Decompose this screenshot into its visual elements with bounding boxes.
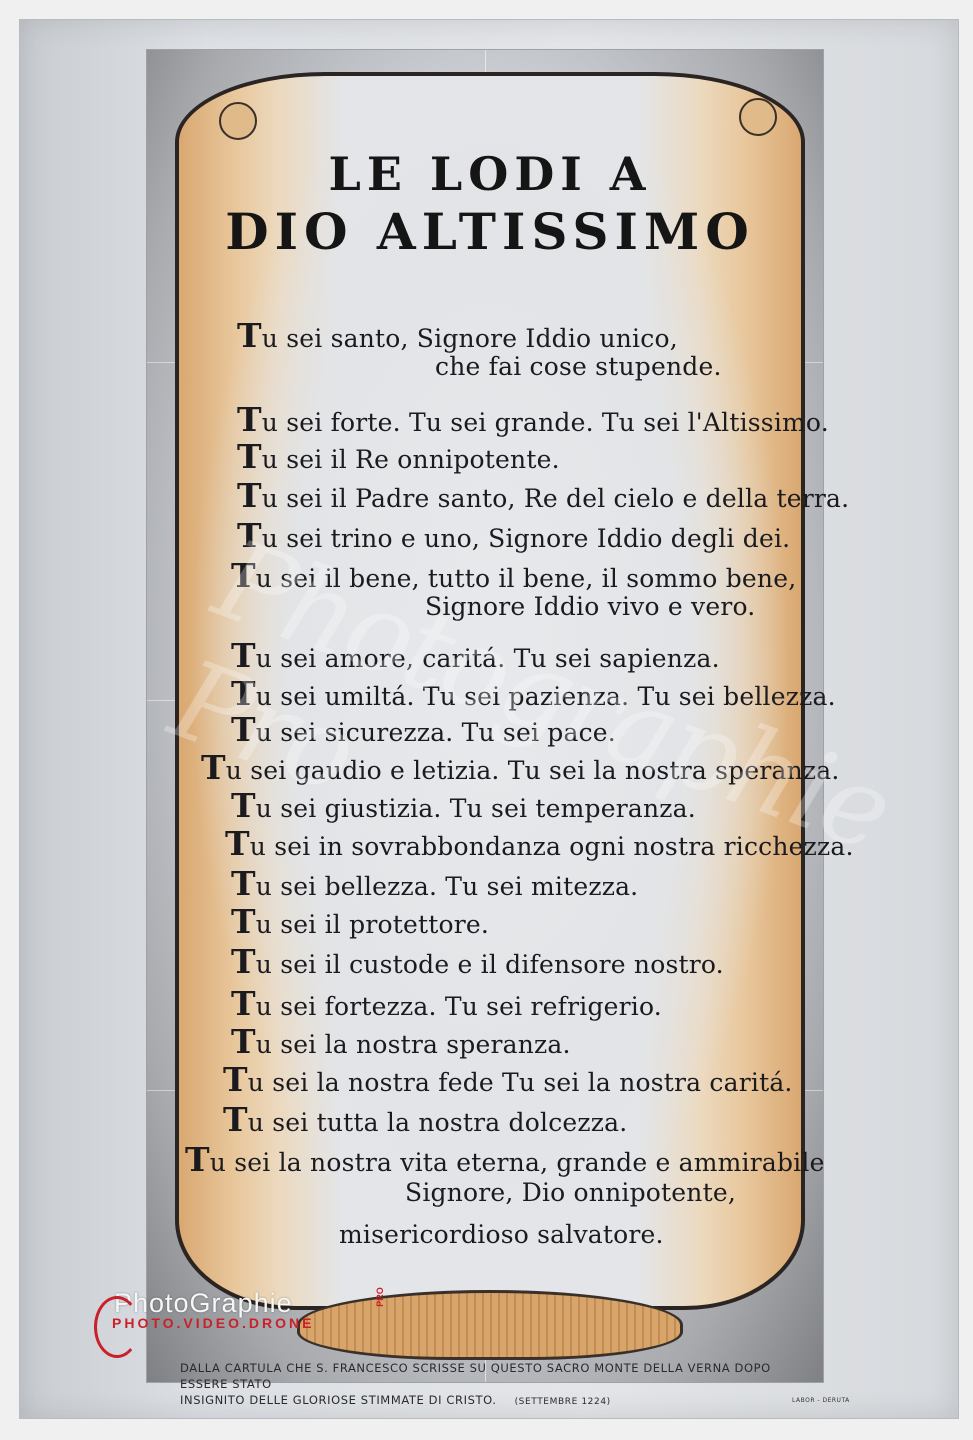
- drop-capital: T: [231, 556, 256, 595]
- line-text: u sei gaudio e letizia. Tu sei la nostra…: [226, 756, 840, 785]
- drop-capital: T: [237, 516, 262, 555]
- maker-mark: LABOR - DERUTA: [792, 1397, 850, 1404]
- line-text: u sei tutta la nostra dolcezza.: [248, 1108, 628, 1137]
- scroll-curl-icon: [219, 102, 257, 140]
- line-text: u sei sicurezza. Tu sei pace.: [256, 718, 616, 747]
- plaque-title-line2: DIO ALTISSIMO: [179, 206, 801, 258]
- prayer-line: Tu sei tutta la nostra dolcezza.: [223, 1100, 627, 1139]
- watermark-logo: PhotoGraphie PHOTO.VIDEO.DRONE PRO: [96, 1288, 314, 1331]
- prayer-line: Tu sei la nostra vita eterna, grande e a…: [185, 1140, 825, 1179]
- line-text: u sei il custode e il difensore nostro.: [256, 950, 724, 979]
- prayer-line: Tu sei santo, Signore Iddio unico,: [237, 316, 678, 355]
- line-text: u sei bellezza. Tu sei mitezza.: [256, 872, 639, 901]
- line-text: u sei il Padre santo, Re del cielo e del…: [262, 484, 850, 513]
- drop-capital: T: [231, 902, 256, 941]
- prayer-line: Tu sei trino e uno, Signore Iddio degli …: [237, 516, 790, 555]
- line-text: u sei forte. Tu sei grande. Tu sei l'Alt…: [262, 408, 829, 437]
- prayer-line: Signore, Dio onnipotente,: [405, 1178, 736, 1207]
- caption-line-1: Dalla Cartula che S. Francesco scrisse s…: [180, 1360, 820, 1392]
- drop-capital: T: [231, 786, 256, 825]
- drop-capital: T: [231, 636, 256, 675]
- drop-capital: T: [237, 437, 262, 476]
- prayer-line: Tu sei il Padre santo, Re del cielo e de…: [237, 476, 849, 515]
- line-text: u sei in sovrabbondanza ogni nostra ricc…: [250, 832, 854, 861]
- caption-date: (Settembre 1224): [515, 1397, 611, 1407]
- line-text: u sei il protettore.: [256, 910, 489, 939]
- line-text: u sei il Re onnipotente.: [262, 445, 560, 474]
- prayer-line: Tu sei in sovrabbondanza ogni nostra ric…: [225, 824, 854, 863]
- line-text: u sei fortezza. Tu sei refrigerio.: [256, 992, 662, 1021]
- plaque-caption: Dalla Cartula che S. Francesco scrisse s…: [180, 1360, 820, 1410]
- prayer-line: Tu sei giustizia. Tu sei temperanza.: [231, 786, 696, 825]
- scroll-bottom-roll: [297, 1290, 683, 1360]
- line-text: che fai cose stupende.: [435, 352, 722, 381]
- photo-frame: LE LODI A DIO ALTISSIMO Tu sei santo, Si…: [20, 20, 958, 1418]
- watermark-tagline: PHOTO.VIDEO.DRONE: [112, 1315, 314, 1331]
- prayer-line: Tu sei bellezza. Tu sei mitezza.: [231, 864, 638, 903]
- drop-capital: T: [231, 864, 256, 903]
- prayer-line: Tu sei la nostra fede Tu sei la nostra c…: [223, 1060, 793, 1099]
- line-text: u sei la nostra vita eterna, grande e am…: [210, 1148, 825, 1177]
- line-text: u sei amore, caritá. Tu sei sapienza.: [256, 644, 720, 673]
- tile-panel: LE LODI A DIO ALTISSIMO Tu sei santo, Si…: [147, 50, 823, 1382]
- plaque-title-line1: LE LODI A: [179, 148, 801, 200]
- prayer-line: Tu sei umiltá. Tu sei pazienza. Tu sei b…: [231, 674, 836, 713]
- prayer-line: Tu sei forte. Tu sei grande. Tu sei l'Al…: [237, 400, 829, 439]
- drop-capital: T: [237, 400, 262, 439]
- parchment-scroll: LE LODI A DIO ALTISSIMO Tu sei santo, Si…: [175, 72, 805, 1310]
- line-text: u sei santo, Signore Iddio unico,: [262, 324, 678, 353]
- line-text: u sei umiltá. Tu sei pazienza. Tu sei be…: [256, 682, 836, 711]
- line-text: u sei il bene, tutto il bene, il sommo b…: [256, 564, 797, 593]
- prayer-line: Tu sei il protettore.: [231, 902, 489, 941]
- caption-line-2: insignito delle gloriose Stimmate di Cri…: [180, 1393, 497, 1407]
- drop-capital: T: [231, 710, 256, 749]
- watermark-badge: PRO: [375, 1287, 385, 1307]
- prayer-line: che fai cose stupende.: [435, 352, 722, 381]
- prayer-line: Tu sei il Re onnipotente.: [237, 437, 560, 476]
- drop-capital: T: [237, 316, 262, 355]
- prayer-line: Tu sei il bene, tutto il bene, il sommo …: [231, 556, 796, 595]
- prayer-line: Tu sei la nostra speranza.: [231, 1022, 571, 1061]
- drop-capital: T: [231, 674, 256, 713]
- drop-capital: T: [223, 1060, 248, 1099]
- line-text: misericordioso salvatore.: [339, 1220, 664, 1249]
- line-text: u sei la nostra speranza.: [256, 1030, 571, 1059]
- drop-capital: T: [223, 1100, 248, 1139]
- scroll-curl-icon: [739, 98, 777, 136]
- line-text: u sei la nostra fede Tu sei la nostra ca…: [248, 1068, 793, 1097]
- prayer-line: Tu sei fortezza. Tu sei refrigerio.: [231, 984, 662, 1023]
- prayer-line: Tu sei amore, caritá. Tu sei sapienza.: [231, 636, 720, 675]
- line-text: Signore Iddio vivo e vero.: [425, 592, 755, 621]
- prayer-line: Tu sei il custode e il difensore nostro.: [231, 942, 724, 981]
- drop-capital: T: [225, 824, 250, 863]
- logo-arc-icon: [94, 1296, 140, 1358]
- drop-capital: T: [231, 1022, 256, 1061]
- line-text: u sei trino e uno, Signore Iddio degli d…: [262, 524, 791, 553]
- drop-capital: T: [201, 748, 226, 787]
- drop-capital: T: [185, 1140, 210, 1179]
- prayer-line: Signore Iddio vivo e vero.: [425, 592, 755, 621]
- prayer-line: Tu sei sicurezza. Tu sei pace.: [231, 710, 616, 749]
- drop-capital: T: [231, 984, 256, 1023]
- drop-capital: T: [237, 476, 262, 515]
- line-text: Signore, Dio onnipotente,: [405, 1178, 736, 1207]
- drop-capital: T: [231, 942, 256, 981]
- line-text: u sei giustizia. Tu sei temperanza.: [256, 794, 696, 823]
- prayer-line: Tu sei gaudio e letizia. Tu sei la nostr…: [201, 748, 840, 787]
- prayer-line: misericordioso salvatore.: [339, 1220, 664, 1249]
